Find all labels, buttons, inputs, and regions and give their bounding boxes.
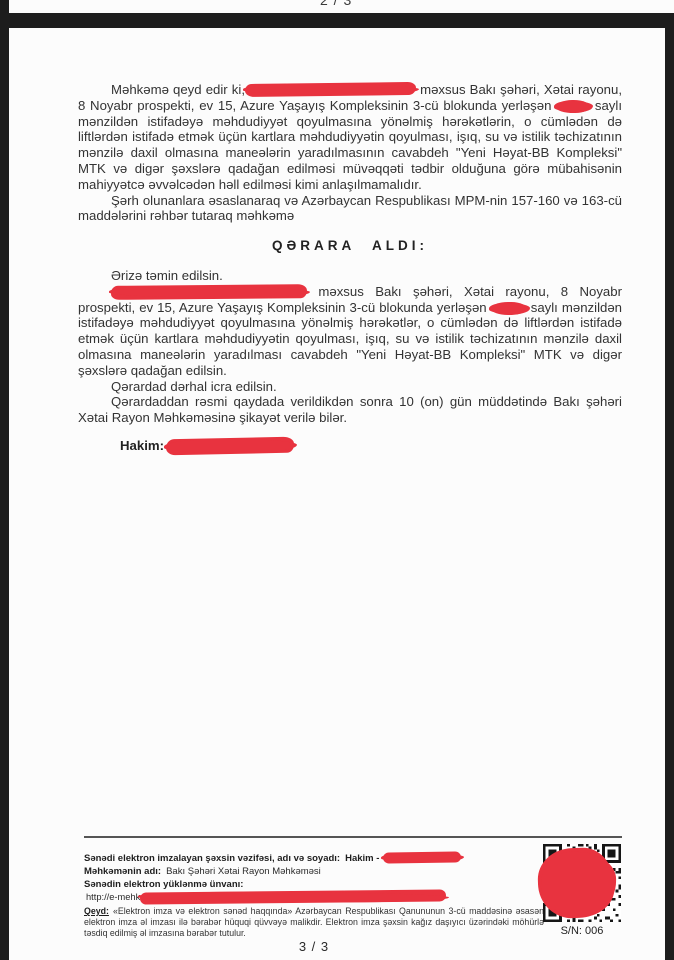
paragraph-appeal-term: Qərardaddan rəsmi qaydada verildikdən so… (78, 394, 622, 426)
court-label: Məhkəmənin adı: (84, 866, 161, 877)
redaction-mark-signer-name (383, 851, 461, 863)
scan-border-right (665, 13, 674, 960)
redaction-mark-flat-number (556, 100, 590, 113)
paragraph-legal-basis: Şərh olunanlara əsaslanaraq və Azərbayca… (78, 193, 622, 225)
scanned-court-document-page: 2 / 3 Məhkəmə qeyd edir ki, məxsus Bakı … (0, 0, 674, 960)
court-row: Məhkəmənin adı:Bakı Şəhəri Xətai Rayon M… (84, 865, 544, 878)
serial-number: S/N: 006 (542, 925, 622, 937)
legal-note: Qeyd:«Elektron imza və elektron sənəd ha… (84, 906, 544, 939)
previous-page-number: 2 / 3 (320, 0, 352, 8)
court-value: Bakı Şəhəri Xətai Rayon Məhkəməsi (166, 866, 321, 877)
redaction-mark-flat-number-2 (491, 302, 527, 315)
signer-row: Sənədi elektron imzalayan şəxsin vəzifəs… (84, 852, 544, 865)
redaction-mark-url (140, 889, 446, 904)
redaction-mark-owner-name-2 (111, 284, 307, 300)
note-label: Qeyd: (84, 906, 109, 916)
judge-signature-line: Hakim: (120, 438, 622, 454)
scan-border-left (0, 0, 9, 960)
paragraph-court-findings: Məhkəmə qeyd edir ki, məxsus Bakı şəhəri… (78, 82, 622, 193)
paragraph-decision-order: məxsus Bakı şəhəri, Xətai rayonu, 8 Noya… (78, 284, 622, 379)
paragraph-immediate-execution: Qərardad dərhal icra edilsin. (78, 379, 622, 395)
findings-text-start: Məhkəmə qeyd edir ki, (111, 82, 245, 97)
redaction-mark-judge-name (166, 437, 294, 456)
judge-label: Hakim: (120, 438, 164, 453)
paragraph-application-granted: Ərizə təmin edilsin. (78, 268, 622, 284)
signature-details: Sənədi elektron imzalayan şəxsin vəzifəs… (84, 838, 544, 953)
scan-border-top (0, 13, 674, 28)
download-label-row: Sənədin elektron yüklənmə ünvanı: (84, 878, 544, 891)
decision-heading: QƏRARA ALDI: (78, 238, 622, 254)
redaction-mark-owner-name (245, 82, 416, 97)
signer-label: Sənədi elektron imzalayan şəxsin vəzifəs… (84, 853, 340, 864)
document-body: Məhkəmə qeyd edir ki, məxsus Bakı şəhəri… (78, 82, 622, 454)
note-text: «Elektron imza və elektron sənəd haqqınd… (84, 906, 544, 938)
signer-value: Hakim - (345, 853, 379, 864)
download-label: Sənədin elektron yüklənmə ünvanı: (84, 879, 243, 890)
page-number: 3 / 3 (84, 940, 544, 953)
electronic-signature-block: Sənədi elektron imzalayan şəxsin vəzifəs… (84, 836, 622, 953)
redaction-mark-qr (537, 847, 615, 920)
qr-code-block: S/N: 006 (542, 844, 622, 937)
download-url-row: http://e-mehkeme.go (84, 891, 544, 904)
